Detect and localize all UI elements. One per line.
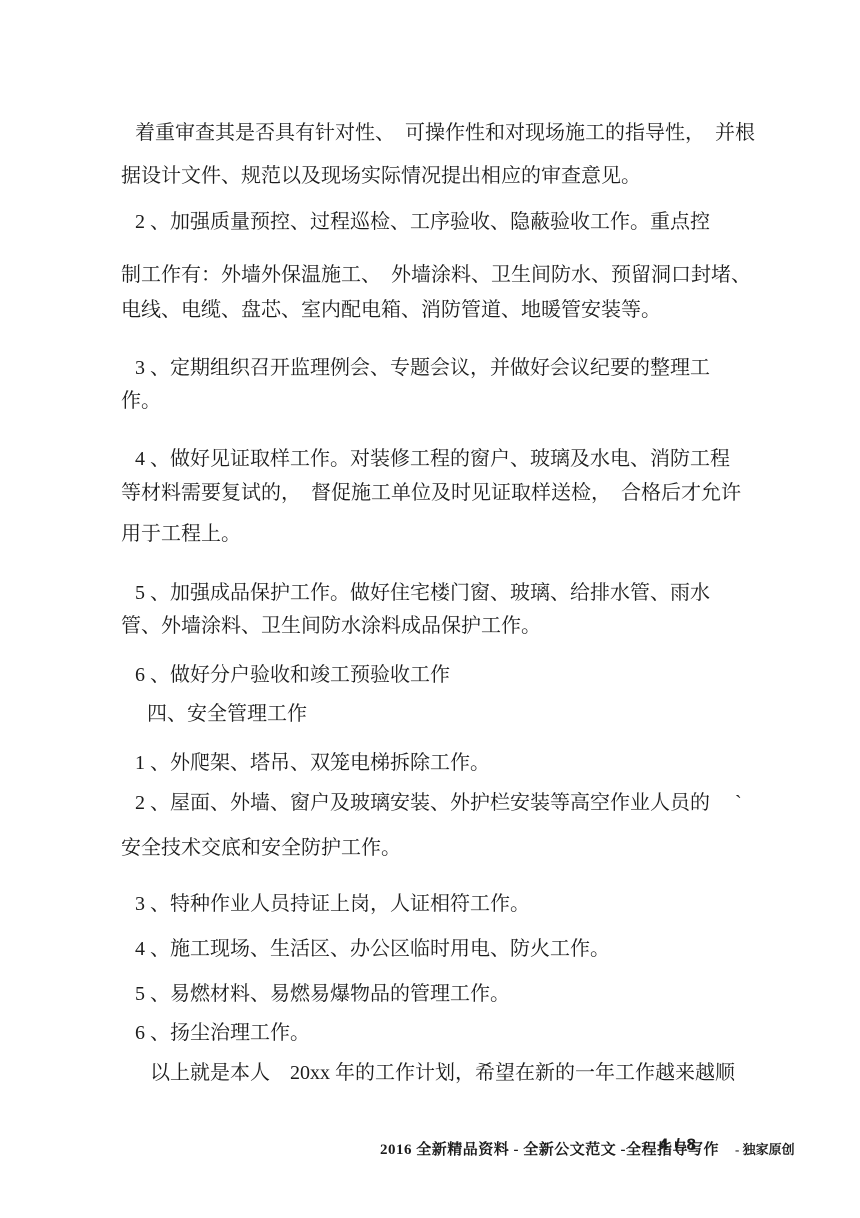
footer-credits: 2016 全新精品资料 - 全新公文范文 -全程指导写作- 独家原创 bbox=[364, 1120, 795, 1177]
body-text-line: 4 、做好见证取样工作。对装修工程的窗户、玻璃及水电、消防工程 bbox=[135, 446, 730, 472]
body-text-line: 5 、加强成品保护工作。做好住宅楼门窗、玻璃、给排水管、雨水 bbox=[135, 580, 710, 606]
body-text-line: 2 、加强质量预控、过程巡检、工序验收、隐蔽验收工作。重点控 bbox=[135, 209, 710, 235]
body-text-line: 3 、特种作业人员持证上岗，人证相符工作。 bbox=[135, 891, 530, 917]
body-text-line: 1 、外爬架、塔吊、双笼电梯拆除工作。 bbox=[135, 750, 490, 776]
section-heading: 四、安全管理工作 bbox=[147, 701, 307, 727]
body-text-line: 6 、扬尘治理工作。 bbox=[135, 1020, 310, 1046]
body-text-line: 制工作有：外墙外保温施工、 外墙涂料、卫生间防水、预留洞口封堵、 bbox=[121, 262, 751, 288]
document-page: 着重审查其是否具有针对性、 可操作性和对现场施工的指导性， 并根 据设计文件、规… bbox=[0, 0, 860, 1218]
body-text-line: 据设计文件、规范以及现场实际情况提出相应的审查意见。 bbox=[121, 163, 641, 189]
body-text-line: 3 、定期组织召开监理例会、专题会议，并做好会议纪要的整理工 bbox=[135, 355, 710, 381]
body-text-line: 6 、做好分户验收和竣工预验收工作 bbox=[135, 662, 450, 688]
body-text-line: 等材料需要复试的， 督促施工单位及时见证取样送检， 合格后才允许 bbox=[121, 480, 741, 506]
body-text-line: 着重审查其是否具有针对性、 可操作性和对现场施工的指导性， 并根 bbox=[135, 120, 755, 146]
body-text-line: 4 、施工现场、生活区、办公区临时用电、防火工作。 bbox=[135, 936, 610, 962]
page-number: 4 / 8 bbox=[600, 1135, 697, 1155]
body-text-line: 2 、屋面、外墙、窗户及玻璃安装、外护栏安装等高空作业人员的 ` bbox=[135, 790, 742, 816]
footer-credits-tail: - 独家原创 bbox=[735, 1142, 795, 1157]
body-text-line: 以上就是本人 20xx 年的工作计划，希望在新的一年工作越来越顺 bbox=[150, 1060, 735, 1086]
body-text-line: 作。 bbox=[121, 388, 161, 414]
body-text-line: 用于工程上。 bbox=[121, 521, 241, 547]
body-text-line: 5 、易燃材料、易燃易爆物品的管理工作。 bbox=[135, 981, 510, 1007]
body-text-line: 电线、电缆、盘芯、室内配电箱、消防管道、地暖管安装等。 bbox=[121, 297, 661, 323]
body-text-line: 安全技术交底和安全防护工作。 bbox=[121, 835, 401, 861]
body-text-line: 管、外墙涂料、卫生间防水涂料成品保护工作。 bbox=[121, 613, 541, 639]
